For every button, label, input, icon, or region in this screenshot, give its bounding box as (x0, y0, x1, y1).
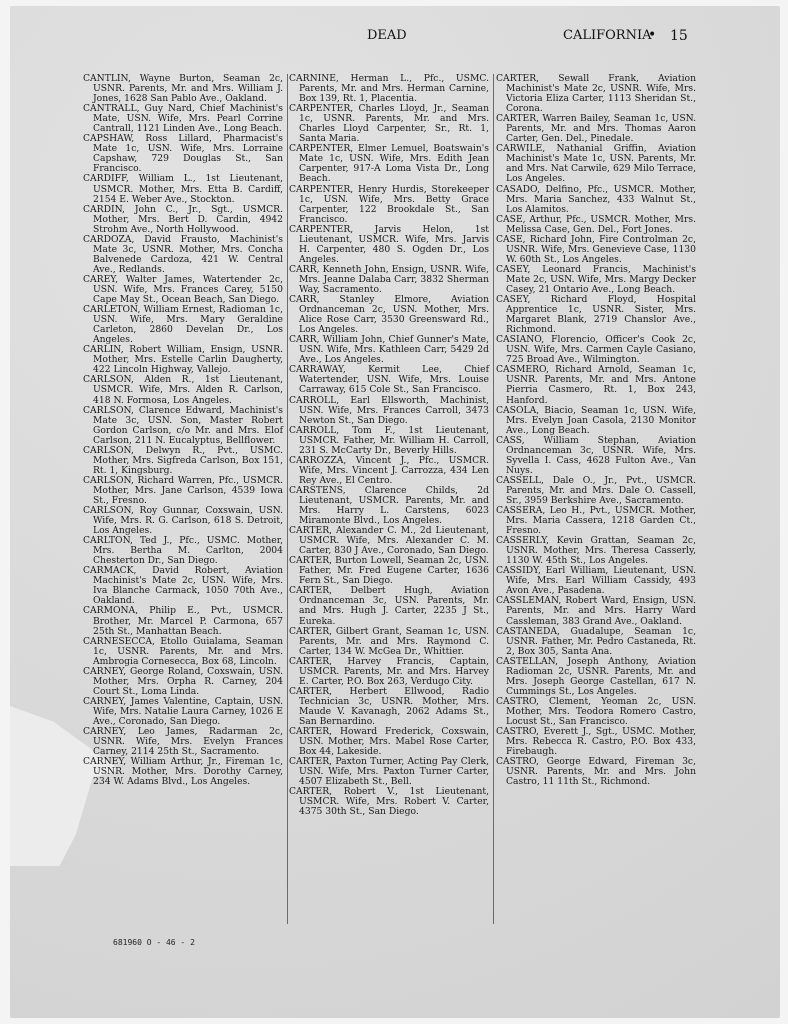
casualty-entry: CARNEY, James Valentine, Captain, USN. W… (83, 697, 283, 727)
casualty-entry: CARPENTER, Elmer Lemuel, Boatswain's Mat… (289, 144, 489, 184)
column-2: CARNINE, Herman L., Pfc., USMC. Parents,… (289, 74, 489, 817)
casualty-entry: CANTRALL, Guy Nard, Chief Machinist's Ma… (83, 104, 283, 134)
casualty-entry: CARMONA, Philip E., Pvt., USMCR. Brother… (83, 606, 283, 636)
column-1: CANTLIN, Wayne Burton, Seaman 2c, USNR. … (83, 74, 283, 787)
casualty-entry: CARMACK, David Robert, Aviation Machinis… (83, 566, 283, 606)
casualty-entry: CARTER, Sewall Frank, Aviation Machinist… (496, 74, 696, 114)
column-3: CARTER, Sewall Frank, Aviation Machinist… (496, 74, 696, 787)
casualty-entry: CARNEY, William Arthur, Jr., Fireman 1c,… (83, 757, 283, 787)
casualty-entry: CARPENTER, Jarvis Helon, 1st Lieutenant,… (289, 225, 489, 265)
casualty-entry: CARNEY, Leo James, Radarman 2c, USNR. Wi… (83, 727, 283, 757)
casualty-entry: CARTER, Delbert Hugh, Aviation Ordnancem… (289, 586, 489, 626)
casualty-entry: CARTER, Robert V., 1st Lieutenant, USMCR… (289, 787, 489, 817)
casualty-entry: CASADO, Delfino, Pfc., USMCR. Mother, Mr… (496, 185, 696, 215)
casualty-entry: CARNINE, Herman L., Pfc., USMC. Parents,… (289, 74, 489, 104)
casualty-entry: CASE, Arthur, Pfc., USMCR. Mother, Mrs. … (496, 215, 696, 235)
casualty-entry: CASOLA, Biacio, Seaman 1c, USN. Wife, Mr… (496, 406, 696, 436)
casualty-entry: CARROLL, Tom F., 1st Lieutenant, USMCR. … (289, 426, 489, 456)
state-title: CALIFORNIA (563, 28, 651, 43)
casualty-entry: CASIANO, Florencio, Officer's Cook 2c, U… (496, 335, 696, 365)
casualty-entry: CARLSON, Richard Warren, Pfc., USMCR. Mo… (83, 476, 283, 506)
casualty-entry: CASSIDY, Earl William, Lieutenant, USN. … (496, 566, 696, 596)
casualty-entry: CARR, Stanley Elmore, Aviation Ordnancem… (289, 295, 489, 335)
casualty-entry: CASEY, Leonard Francis, Machinist's Mate… (496, 265, 696, 295)
casualty-entry: CARLSON, Roy Gunnar, Coxswain, USN. Wife… (83, 506, 283, 536)
casualty-entry: CARPENTER, Charles Lloyd, Jr., Seaman 1c… (289, 104, 489, 144)
section-title: DEAD (367, 28, 407, 43)
casualty-entry: CARSTENS, Clarence Childs, 2d Lieutenant… (289, 486, 489, 526)
casualty-entry: CARTER, Burton Lowell, Seaman 2c, USN. F… (289, 556, 489, 586)
casualty-entry: CAREY, Walter James, Watertender 2c, USN… (83, 275, 283, 305)
casualty-entry: CASSLEMAN, Robert Ward, Ensign, USN. Par… (496, 596, 696, 626)
casualty-entry: CARTER, Warren Bailey, Seaman 1c, USN. P… (496, 114, 696, 144)
casualty-entry: CASE, Richard John, Fire Controlman 2c, … (496, 235, 696, 265)
page-header: DEAD CALIFORNIA • 15 (0, 28, 788, 48)
page-number: 15 (670, 28, 688, 44)
column-divider (287, 74, 288, 924)
casualty-entry: CARTER, Paxton Turner, Acting Pay Clerk,… (289, 757, 489, 787)
casualty-entry: CASEY, Richard Floyd, Hospital Apprentic… (496, 295, 696, 335)
casualty-entry: CARTER, Howard Frederick, Coxswain, USN.… (289, 727, 489, 757)
casualty-entry: CASTELLAN, Joseph Anthony, Aviation Radi… (496, 657, 696, 697)
casualty-entry: CARROLL, Earl Ellsworth, Machinist, USN.… (289, 396, 489, 426)
casualty-entry: CARR, Kenneth John, Ensign, USNR. Wife, … (289, 265, 489, 295)
casualty-entry: CARTER, Herbert Ellwood, Radio Technicia… (289, 687, 489, 727)
casualty-entry: CASS, William Stephan, Aviation Ordnance… (496, 436, 696, 476)
casualty-entry: CARLIN, Robert William, Ensign, USNR. Mo… (83, 345, 283, 375)
casualty-entry: CASTRO, Everett J., Sgt., USMC. Mother, … (496, 727, 696, 757)
casualty-entry: CARDOZA, David Frausto, Machinist's Mate… (83, 235, 283, 275)
casualty-entry: CARLSON, Delwyn R., Pvt., USMC. Mother, … (83, 446, 283, 476)
casualty-entry: CARLTON, Ted J., Pfc., USMC. Mother, Mrs… (83, 536, 283, 566)
casualty-entry: CARROZZA, Vincent J., Pfc., USMCR. Wife,… (289, 456, 489, 486)
casualty-entry: CARLSON, Clarence Edward, Machinist's Ma… (83, 406, 283, 446)
casualty-entry: CARNESECCA, Etollo Guialama, Seaman 1c, … (83, 637, 283, 667)
casualty-entry: CARLETON, William Ernest, Radioman 1c, U… (83, 305, 283, 345)
casualty-entry: CARNEY, George Roland, Coxswain, USN. Mo… (83, 667, 283, 697)
casualty-entry: CASTRO, Clement, Yeoman 2c, USN. Mother,… (496, 697, 696, 727)
casualty-entry: CASMERO, Richard Arnold, Seaman 1c, USNR… (496, 365, 696, 405)
bullet-separator: • (648, 27, 656, 43)
casualty-entry: CASSERA, Leo H., Pvt., USMCR. Mother, Mr… (496, 506, 696, 536)
casualty-entry: CARDIN, John C., Jr., Sgt., USMCR. Mothe… (83, 205, 283, 235)
casualty-entry: CARWILE, Nathanial Griffin, Aviation Mac… (496, 144, 696, 184)
casualty-entry: CARTER, Alexander C. M., 2d Lieutenant, … (289, 526, 489, 556)
casualty-entry: CARTER, Harvey Francis, Captain, USMCR. … (289, 657, 489, 687)
casualty-entry: CARDIFF, William L., 1st Lieutenant, USM… (83, 174, 283, 204)
casualty-entry: CASTRO, George Edward, Fireman 3c, USNR.… (496, 757, 696, 787)
casualty-entry: CAPSHAW, Ross Lillard, Pharmacist's Mate… (83, 134, 283, 174)
casualty-entry: CASTANEDA, Guadalupe, Seaman 1c, USNR. F… (496, 627, 696, 657)
column-divider (493, 74, 494, 924)
casualty-entry: CASSELL, Dale O., Jr., Pvt., USMCR. Pare… (496, 476, 696, 506)
casualty-entry: CARRAWAY, Kermit Lee, Chief Watertender,… (289, 365, 489, 395)
casualty-entry: CARTER, Gilbert Grant, Seaman 1c, USN. P… (289, 627, 489, 657)
casualty-entry: CARPENTER, Henry Hurdis, Storekeeper 1c,… (289, 185, 489, 225)
casualty-entry: CASSERLY, Kevin Grattan, Seaman 2c, USNR… (496, 536, 696, 566)
print-code: 681960 O - 46 - 2 (113, 938, 195, 947)
casualty-entry: CARR, William John, Chief Gunner's Mate,… (289, 335, 489, 365)
casualty-entry: CANTLIN, Wayne Burton, Seaman 2c, USNR. … (83, 74, 283, 104)
casualty-entry: CARLSON, Alden R., 1st Lieutenant, USMCR… (83, 375, 283, 405)
